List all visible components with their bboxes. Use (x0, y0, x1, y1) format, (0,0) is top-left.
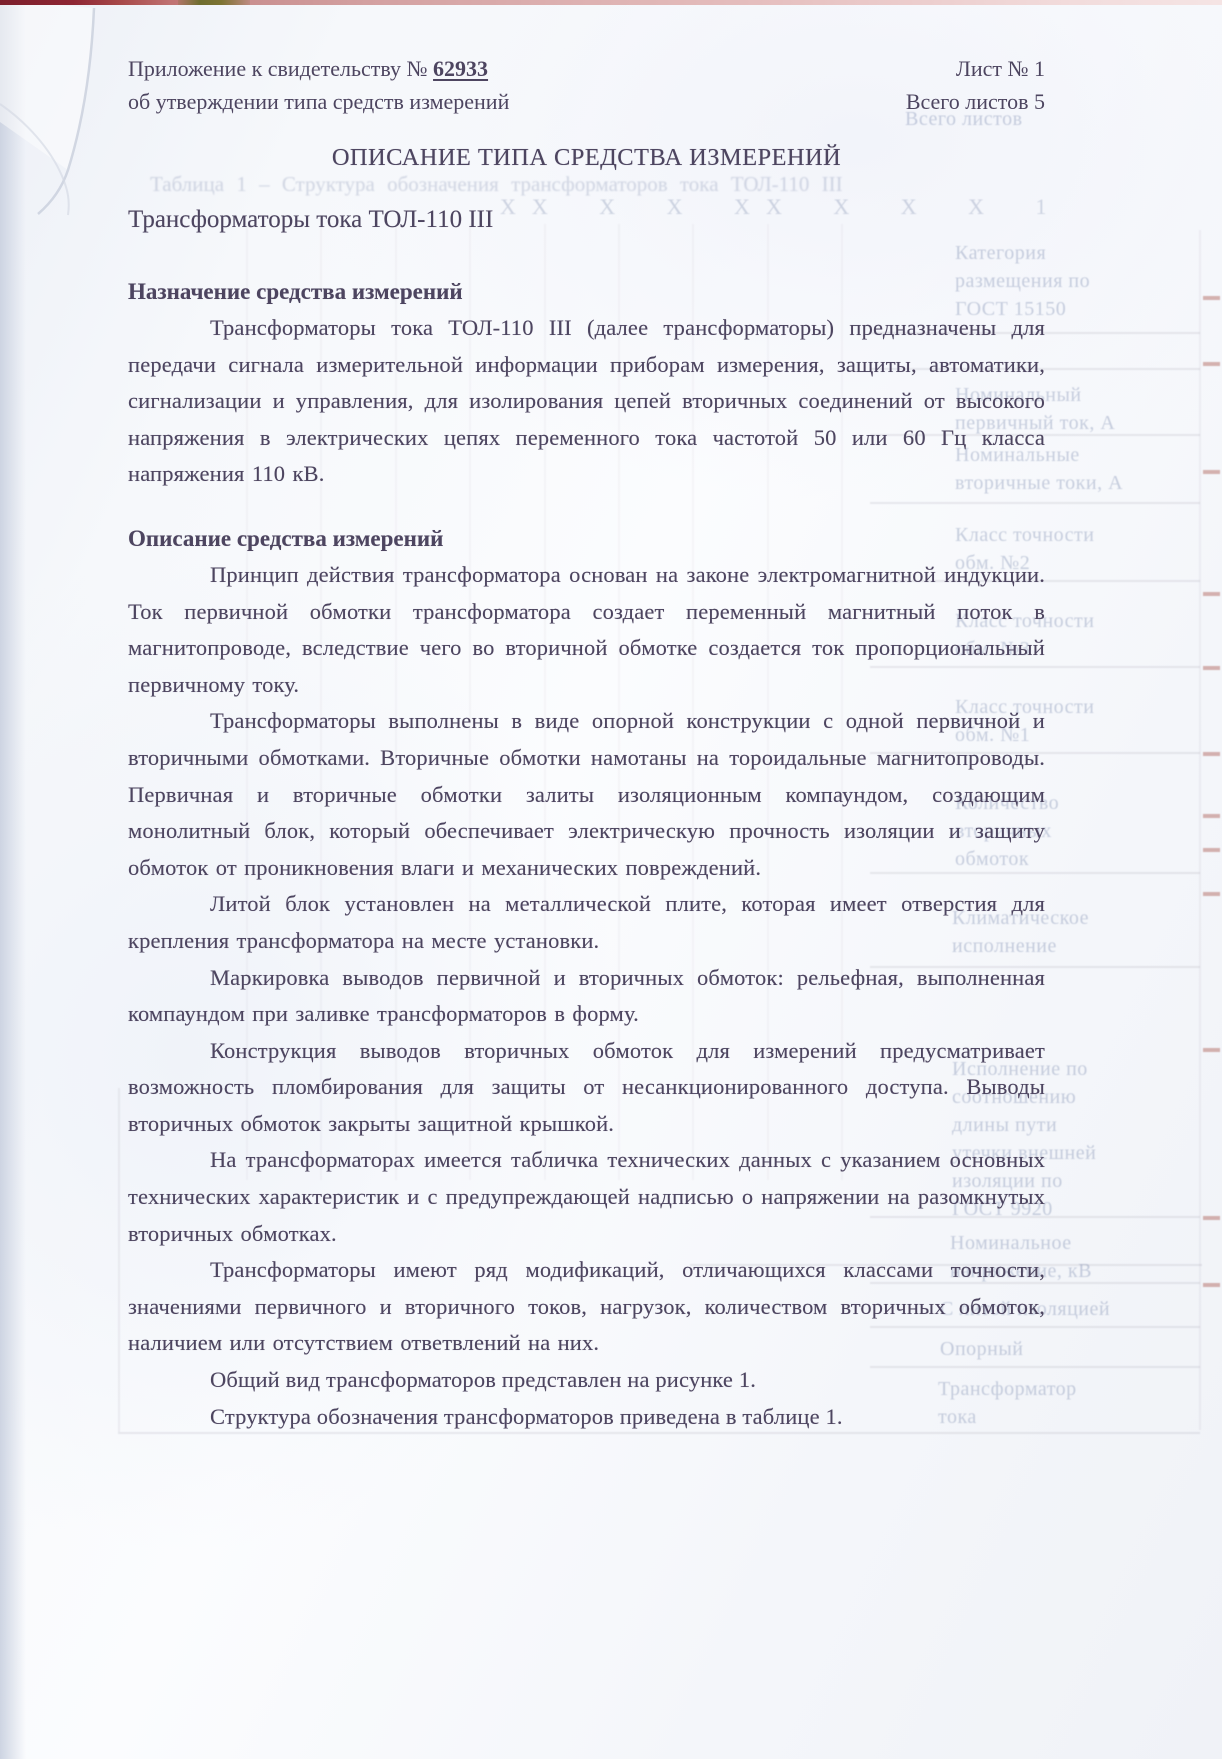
section-description-heading: Описание средства измерений (128, 521, 1045, 557)
paragraph-figure-reference: Общий вид трансформаторов представлен на… (128, 1362, 1045, 1399)
scanned-document-page: Таблица 1 – Структура обозначения трансф… (0, 0, 1222, 1759)
header-appendix-block: Приложение к свидетельству № 62933 об ут… (128, 52, 509, 118)
paragraph: Принцип действия трансформатора основан … (128, 557, 1045, 703)
paragraph-table-reference: Структура обозначения трансформаторов пр… (128, 1399, 1045, 1436)
paragraph: Трансформаторы имеют ряд модификаций, от… (128, 1252, 1045, 1362)
header-appendix-line1: Приложение к свидетельству № 62933 (128, 52, 509, 85)
document-header: Приложение к свидетельству № 62933 об ут… (128, 52, 1045, 118)
document-subtitle: Трансформаторы тока ТОЛ-110 III (128, 206, 1045, 234)
paragraph: Трансформаторы тока ТОЛ-110 III (далее т… (128, 310, 1045, 493)
section-description: Описание средства измерений Принцип дейс… (128, 521, 1045, 1435)
document-title: ОПИСАНИЕ ТИПА СРЕДСТВА ИЗМЕРЕНИЙ (128, 144, 1045, 172)
sheet-number: Лист № 1 (906, 52, 1045, 85)
paragraph: Маркировка выводов первичной и вторичных… (128, 960, 1045, 1033)
paragraph: Конструкция выводов вторичных обмоток дл… (128, 1033, 1045, 1143)
paragraph: Трансформаторы выполнены в виде опорной … (128, 703, 1045, 886)
certificate-number: 62933 (433, 56, 488, 81)
document-content: Приложение к свидетельству № 62933 об ут… (0, 0, 1222, 1435)
header-appendix-line2: об утверждении типа средств измерений (128, 85, 509, 118)
section-purpose-heading: Назначение средства измерений (128, 274, 1045, 310)
paragraph: На трансформаторах имеется табличка техн… (128, 1142, 1045, 1252)
header-sheet-block: Лист № 1 Всего листов 5 (906, 52, 1045, 118)
sheet-total: Всего листов 5 (906, 85, 1045, 118)
section-purpose: Назначение средства измерений Трансформа… (128, 274, 1045, 493)
paragraph: Литой блок установлен на металлической п… (128, 886, 1045, 959)
